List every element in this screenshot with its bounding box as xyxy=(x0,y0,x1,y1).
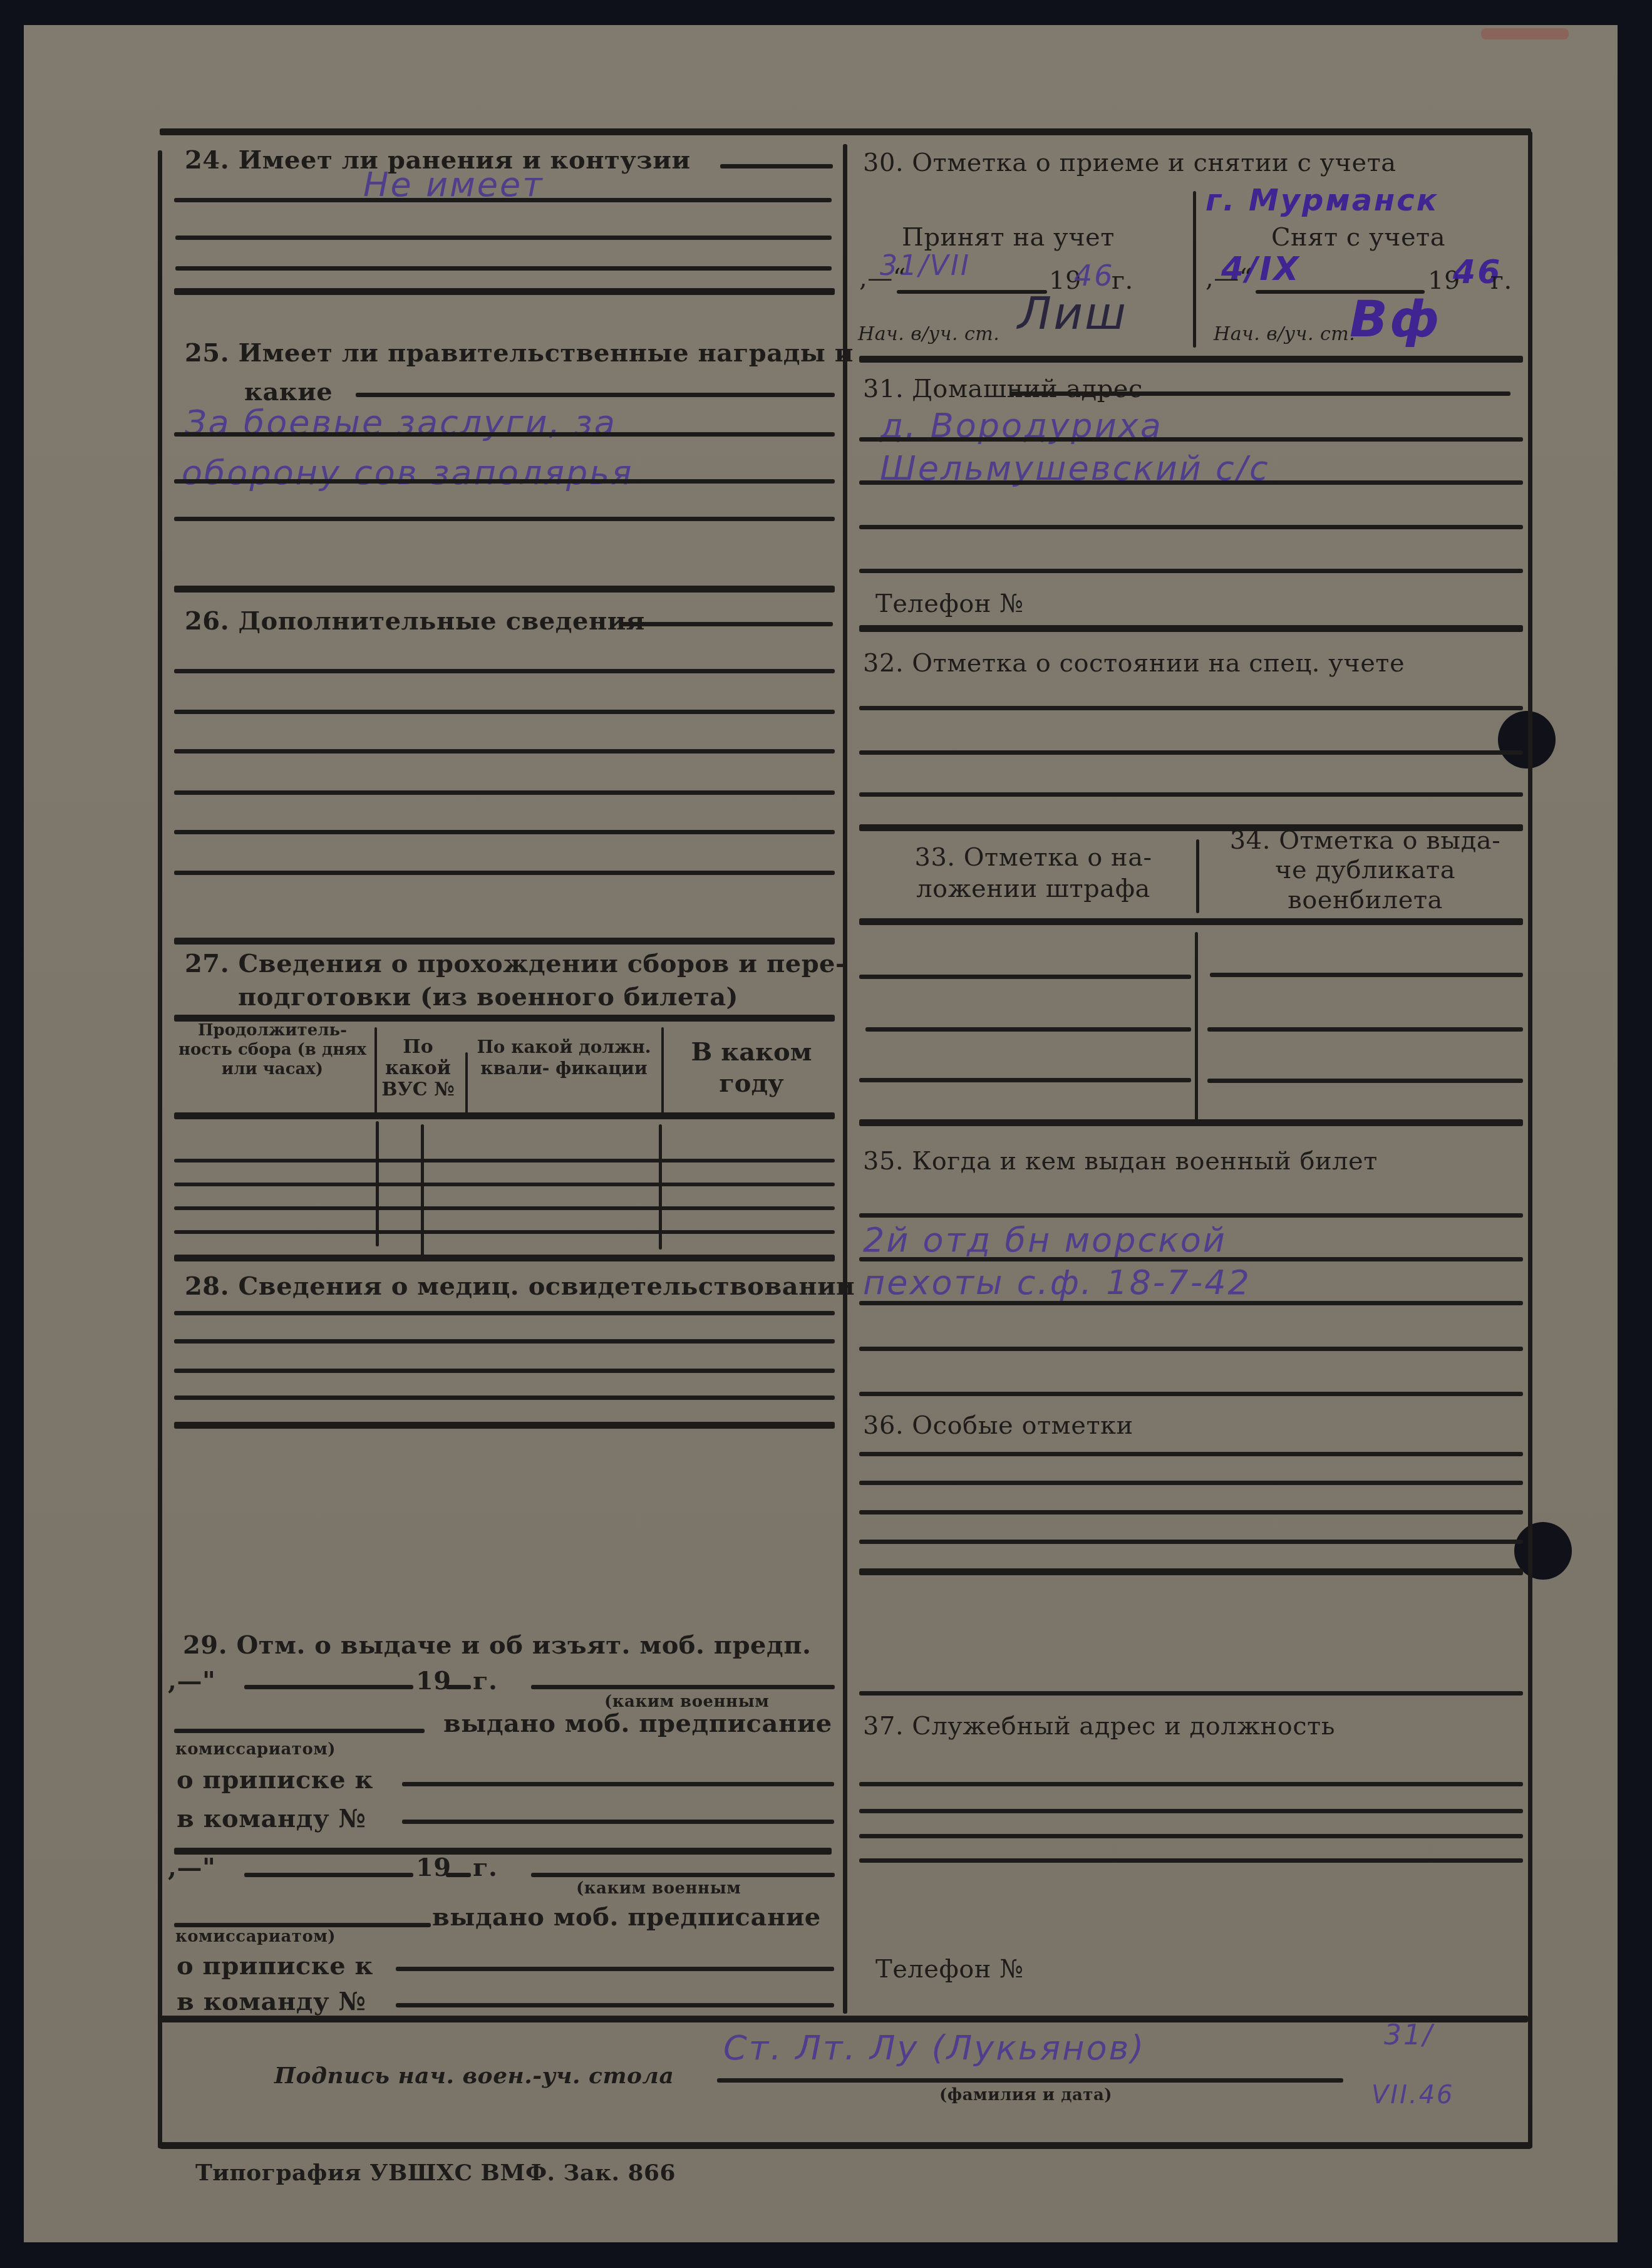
section-25-label-line1: 25. Имеет ли правительственные награды и xyxy=(185,338,854,368)
section-36-label: 36. Особые отметки xyxy=(863,1411,1133,1441)
s29-block2-assignment: о приписке к xyxy=(177,1951,373,1981)
punch-hole-top xyxy=(1498,711,1556,769)
section-37-phone-label: Телефон № xyxy=(875,1954,1024,1984)
removed-chief-label: Нач. в/уч. ст. xyxy=(1214,319,1355,350)
section-26-label: 26. Дополнительные сведения xyxy=(185,606,645,636)
removed-date-quote: ,—“ xyxy=(1205,263,1252,293)
section-28-label: 28. Сведения о медиц. освидетельствовани… xyxy=(185,1271,855,1302)
col-position: По какой должн. квали- фикации xyxy=(468,1037,659,1079)
signature-value[interactable]: Ст. Лт. Лу (Лукьянов) xyxy=(723,2029,1145,2067)
s29-block2-year-prefix: 19 xyxy=(416,1853,452,1883)
accepted-signature[interactable]: Лиш xyxy=(1018,294,1128,332)
removed-place[interactable]: г. Мурманск xyxy=(1205,182,1438,219)
s29-block1-year-suffix: г. xyxy=(473,1666,497,1696)
s29-block2-issued: выдано моб. предписание xyxy=(432,1902,821,1932)
s29-block1-date-prefix: ,—" xyxy=(168,1666,215,1696)
removed-year-suffix: г. xyxy=(1490,266,1512,296)
section-29-label: 29. Отм. о выдаче и об изъят. моб. предп… xyxy=(183,1630,811,1660)
section-33-field[interactable] xyxy=(859,927,1191,1115)
removed-title: Снят с учета xyxy=(1271,222,1445,252)
s29-block2-date-prefix: ,—" xyxy=(168,1853,215,1883)
col-duration: Продолжитель- ность сбора (в днях или ча… xyxy=(172,1021,373,1079)
col-vus: По какой ВУС № xyxy=(376,1037,460,1100)
section-31-label: 31. Домашний адрес xyxy=(863,374,1143,404)
stain-top xyxy=(1481,28,1569,39)
section-33-label-line2: ложении штрафа xyxy=(877,874,1190,904)
s29-block2-team: в команду № xyxy=(177,1987,366,2017)
removed-signature[interactable]: Вф xyxy=(1350,301,1441,338)
section-37-label: 37. Служебный адрес и должность xyxy=(863,1711,1335,1741)
section-34-label-line2: че дубликата xyxy=(1209,855,1522,885)
s29-block1-team: в команду № xyxy=(177,1804,366,1834)
section-32-label: 32. Отметка о состоянии на спец. учете xyxy=(863,648,1405,678)
section-31-phone-label: Телефон № xyxy=(875,589,1024,619)
printer-footer: Типография УВШХС ВМФ. Зак. 866 xyxy=(195,2158,676,2188)
s29-block1-issued: выдано моб. предписание xyxy=(443,1709,832,1739)
section-35-value-line1[interactable]: 2й отд бн морской xyxy=(863,1221,1227,1259)
section-25-value-line2[interactable]: оборону сов заполярья xyxy=(182,454,634,492)
signature-caption: (фамилия и дата) xyxy=(939,2086,1112,2105)
section-30-label: 30. Отметка о приеме и снятии с учета xyxy=(863,148,1396,178)
signature-date-line2[interactable]: VII.46 xyxy=(1371,2076,1455,2114)
section-27-label-line1: 27. Сведения о прохождении сборов и пере… xyxy=(185,949,846,979)
s29-block2-commissariat-open: (каким военным xyxy=(576,1879,741,1898)
section-34-label-line3: военбилета xyxy=(1209,885,1522,915)
s29-block2-commissariat-close: комиссариатом) xyxy=(175,1927,336,1946)
section-34-label-line1: 34. Отметка о выда- xyxy=(1209,826,1522,856)
divider-36-37 xyxy=(859,1691,1523,1696)
col-year: В каком году xyxy=(676,1037,827,1099)
section-35-label: 35. Когда и кем выдан военный билет xyxy=(863,1146,1378,1176)
accepted-date-quote: ,—“ xyxy=(859,263,906,293)
s29-block2-year-suffix: г. xyxy=(473,1853,497,1883)
section-27-label-line2: подготовки (из военного билета) xyxy=(238,982,738,1012)
section-34-field[interactable] xyxy=(1199,927,1523,1115)
signature-label: Подпись нач. воен.-уч. стола xyxy=(274,2061,674,2091)
section-33-label-line1: 33. Отметка о на- xyxy=(877,842,1190,873)
section-35-value-line2[interactable]: пехоты с.ф. 18-7-42 xyxy=(863,1264,1251,1302)
signature-date-line1[interactable]: 31/ xyxy=(1384,2017,1434,2054)
s29-block1-commissariat-close: комиссариатом) xyxy=(175,1740,336,1759)
s29-block1-assignment: о приписке к xyxy=(177,1765,373,1795)
s29-block1-year-prefix: 19 xyxy=(416,1666,452,1696)
accepted-chief-label: Нач. в/уч. ст. xyxy=(858,319,999,350)
